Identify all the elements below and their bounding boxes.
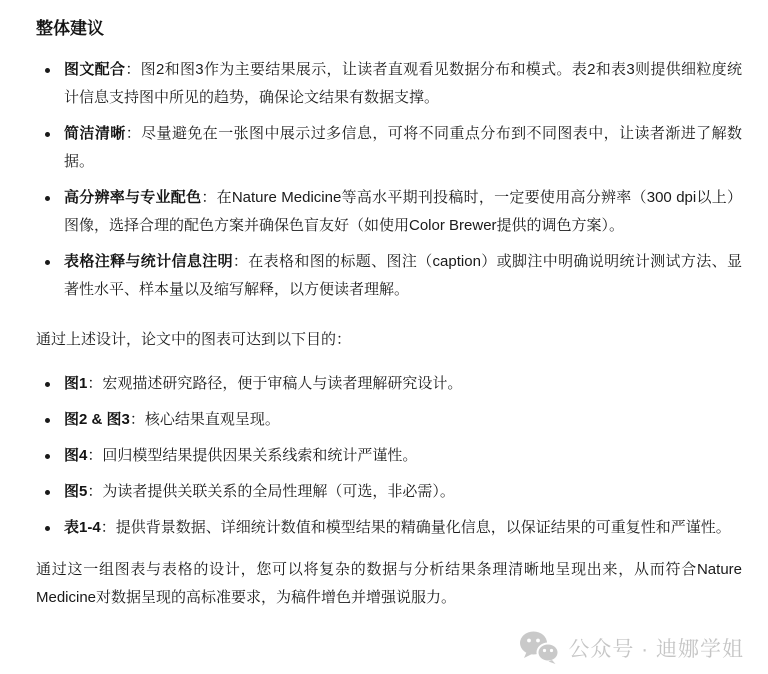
document-page: 整体建议 图文配合：图2和图3作为主要结果展示，让读者直观看见数据分布和模式。表… xyxy=(0,0,768,674)
item-label: 图文配合 xyxy=(64,61,125,78)
item-text: ：图2和图3作为主要结果展示，让读者直观看见数据分布和模式。表2和表3则提供细粒… xyxy=(64,61,742,106)
list-item-suggestion-1: 简洁清晰：尽量避免在一张图中展示过多信息，可将不同重点分布到不同图表中，让读者渐… xyxy=(36,120,742,176)
list-item-suggestion-0: 图文配合：图2和图3作为主要结果展示，让读者直观看见数据分布和模式。表2和表3则… xyxy=(36,56,742,112)
list-item-purpose-4: 表1-4：提供背景数据、详细统计数值和模型结果的精确量化信息，以保证结果的可重复… xyxy=(36,514,742,542)
page-title: 整体建议 xyxy=(36,18,742,40)
list-item-suggestion-3: 表格注释与统计信息注明：在表格和图的标题、图注（caption）或脚注中明确说明… xyxy=(36,248,742,304)
item-text: ：回归模型结果提供因果关系线索和统计严谨性。 xyxy=(87,447,417,464)
wechat-icon xyxy=(519,631,559,664)
watermark-text: 公众号 · 迪娜学姐 xyxy=(568,633,744,663)
list-item-purpose-3: 图5：为读者提供关联关系的全局性理解（可选，非必需）。 xyxy=(36,478,742,506)
list-item-purpose-2: 图4：回归模型结果提供因果关系线索和统计严谨性。 xyxy=(36,442,742,470)
item-label: 图1 xyxy=(64,375,87,392)
item-label: 图4 xyxy=(64,447,87,464)
item-text: ：核心结果直观呈现。 xyxy=(130,411,280,428)
item-label: 表格注释与统计信息注明 xyxy=(64,253,233,270)
item-text: ：尽量避免在一张图中展示过多信息，可将不同重点分布到不同图表中，让读者渐进了解数… xyxy=(64,125,742,170)
item-text: ：为读者提供关联关系的全局性理解（可选，非必需）。 xyxy=(87,483,455,500)
item-label: 表1-4 xyxy=(64,519,101,536)
suggestion-list: 图文配合：图2和图3作为主要结果展示，让读者直观看见数据分布和模式。表2和表3则… xyxy=(36,56,742,304)
purpose-list: 图1：宏观描述研究路径，便于审稿人与读者理解研究设计。 图2 & 图3：核心结果… xyxy=(36,370,742,542)
item-label: 图5 xyxy=(64,483,87,500)
item-label: 高分辨率与专业配色 xyxy=(64,189,201,206)
intro-paragraph: 通过上述设计，论文中的图表可达到以下目的： xyxy=(36,326,742,354)
item-label: 图2 & 图3 xyxy=(64,411,130,428)
list-item-purpose-1: 图2 & 图3：核心结果直观呈现。 xyxy=(36,406,742,434)
document-content: 整体建议 图文配合：图2和图3作为主要结果展示，让读者直观看见数据分布和模式。表… xyxy=(0,0,768,612)
watermark: 公众号 · 迪娜学姐 xyxy=(519,631,744,664)
item-text: ：提供背景数据、详细统计数值和模型结果的精确量化信息，以保证结果的可重复性和严谨… xyxy=(101,519,731,536)
list-item-suggestion-2: 高分辨率与专业配色：在Nature Medicine等高水平期刊投稿时，一定要使… xyxy=(36,184,742,240)
item-text: ：宏观描述研究路径，便于审稿人与读者理解研究设计。 xyxy=(87,375,462,392)
list-item-purpose-0: 图1：宏观描述研究路径，便于审稿人与读者理解研究设计。 xyxy=(36,370,742,398)
item-label: 简洁清晰 xyxy=(64,125,126,142)
closing-paragraph: 通过这一组图表与表格的设计，您可以将复杂的数据与分析结果条理清晰地呈现出来，从而… xyxy=(36,556,742,612)
